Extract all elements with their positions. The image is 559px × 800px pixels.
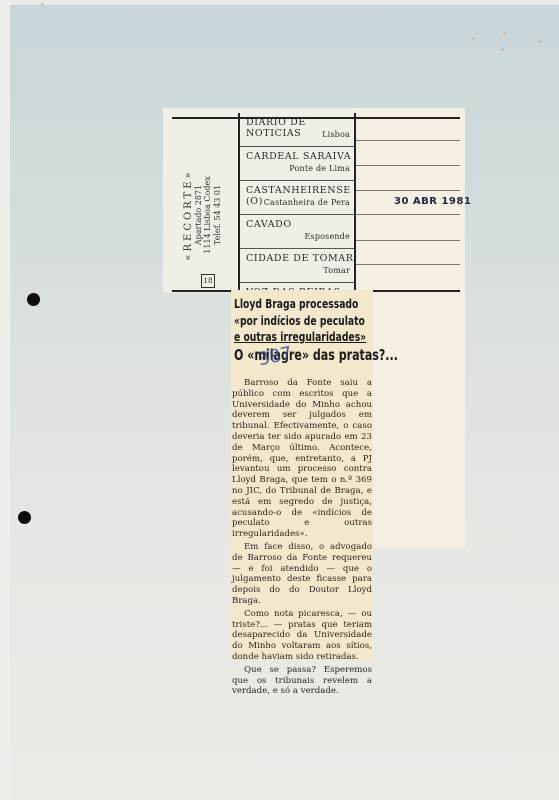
publication-item: CASTANHEIRENSE (O) Castanheira de Pera: [240, 181, 354, 215]
paper-stain: [472, 37, 475, 40]
paper-stain: [538, 40, 541, 43]
publication-city: Ponte de Lima: [289, 164, 350, 173]
slip-number: 18: [201, 274, 215, 288]
agency-address-line: Apartado 2871: [194, 169, 204, 260]
publication-item: CAVADO Esposende: [240, 215, 354, 249]
headline-line: Lloyd Braga processado: [234, 296, 349, 313]
date-row-line: [356, 214, 460, 215]
agency-name: «RECORTE»: [184, 169, 194, 260]
headline-line: «por indícios de peculato: [234, 313, 349, 330]
publication-item: CIDADE DE TOMAR Tomar: [240, 249, 354, 283]
paper-stain: [503, 32, 506, 35]
agency-address-block: «RECORTE» Apartado 2871 1114 Lisboa Code…: [173, 150, 233, 280]
article-paragraph: Como nota picaresca, — ou triste?... — p…: [232, 609, 372, 663]
article-paragraph: Em face disso, o advogado de Barroso da …: [232, 542, 372, 607]
article-paragraph: Barroso da Fonte saiu a público com escr…: [232, 378, 372, 540]
punch-hole-bottom: [18, 511, 31, 524]
article-body: Barroso da Fonte saiu a público com escr…: [232, 378, 372, 699]
date-row-line: [356, 165, 460, 166]
publication-city: Lisboa: [322, 130, 350, 139]
publication-name: CARDEAL SARAIVA: [246, 151, 351, 162]
publication-item: CARDEAL SARAIVA Ponte de Lima: [240, 147, 354, 181]
date-row-line: [356, 264, 460, 265]
article-paragraph: Que se passa? Esperemos que os tribunais…: [232, 665, 372, 697]
headline-line: e outras irregularidades»: [234, 329, 349, 346]
publication-city: Esposende: [304, 232, 350, 241]
publication-item: DIARIO DE NOTICIAS Lisboa: [240, 113, 354, 147]
publication-name: CAVADO: [246, 219, 292, 230]
agency-address-line: Telef. 54 43 01: [213, 169, 223, 260]
date-row-line: [356, 190, 460, 191]
paper-stain: [501, 48, 504, 51]
agency-address-line: 1114 Lisboa Codex: [203, 169, 213, 260]
punch-hole-top: [27, 293, 40, 306]
publication-city: Tomar: [323, 266, 350, 275]
paper-stain: [41, 3, 44, 6]
date-row-line: [356, 140, 460, 141]
date-row-line: [356, 240, 460, 241]
publication-city: Castanheira de Pera: [264, 198, 350, 207]
date-stamp: 30 ABR 1981: [394, 196, 471, 207]
publication-name: CIDADE DE TOMAR: [246, 253, 354, 264]
